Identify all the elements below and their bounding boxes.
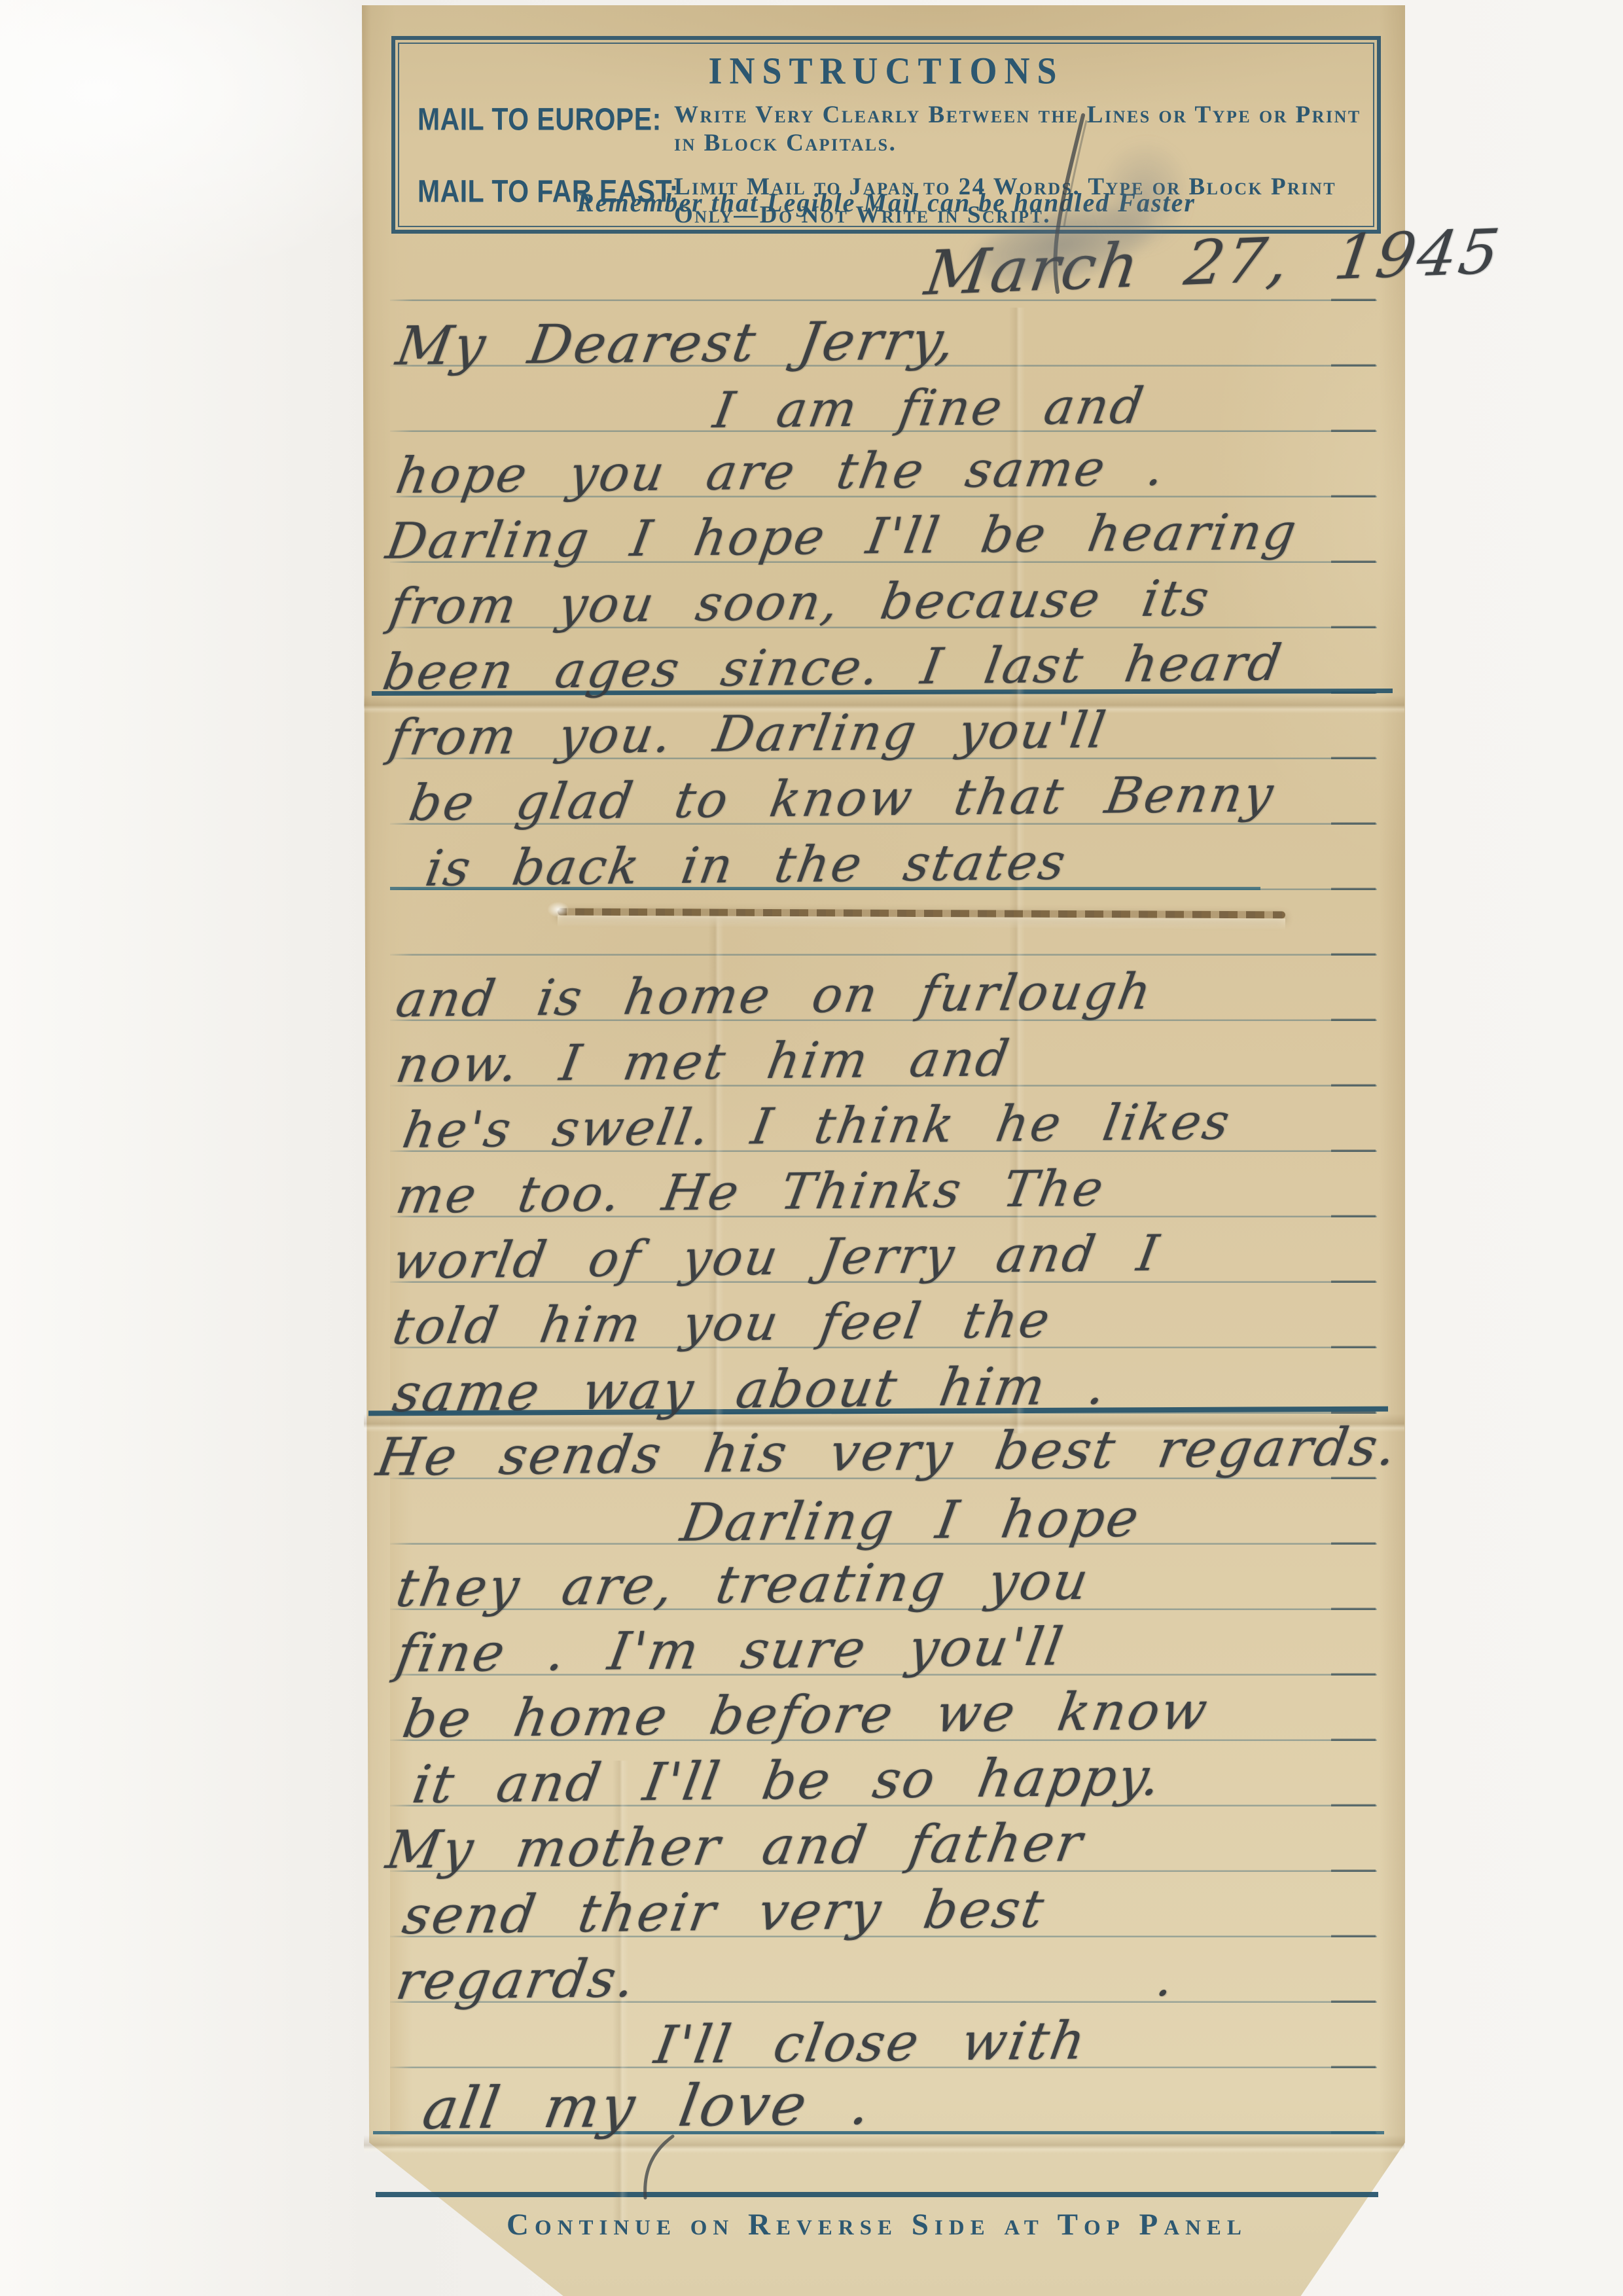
handwritten-line: regards. [393,1952,640,2007]
handwritten-line: hope you are the same . [393,443,1169,501]
closing-line: all my love . [419,2075,877,2138]
handwritten-line: fine . I'm sure you'll [393,1621,1068,1680]
handwritten-line: from you soon, because its [386,573,1214,632]
handwritten-line: it and I'll be so happy. [409,1751,1166,1811]
handwritten-line: Darling I hope [677,1492,1144,1549]
handwritten-line: He sends his very best regards. [373,1421,1402,1484]
handwritten-line: and is home on furlough [393,967,1156,1024]
handwritten-line: My mother and father [383,1817,1088,1876]
instruction-text-europe: Write Very Clearly Between the Lines or … [674,101,1364,158]
handwritten-line: send their very best [399,1883,1049,1942]
pen-stroke-mark [627,2131,686,2203]
handwritten-line: I'll close with [651,2015,1091,2072]
handwritten-line: from you. Darling you'll [386,706,1111,762]
handwritten-line: Darling I hope I'll be hearing [383,507,1302,566]
instructions-panel: INSTRUCTIONS MAIL TO EUROPE: Write Very … [391,36,1381,234]
panel-divider-line [376,2192,1378,2197]
handwritten-line: they are, treating you [393,1555,1094,1615]
handwritten-line: is back in the states [422,837,1071,893]
handwritten-line: me too. He Thinks The [393,1164,1109,1221]
continue-footer: Continue on Reverse Side at Top Panel [458,2207,1296,2242]
handwritten-line: same way about him . [389,1360,1111,1420]
handwritten-line: told him you feel the [389,1295,1055,1352]
handwritten-line: world of you Jerry and I [389,1229,1164,1286]
handwritten-line: been ages since. I last heard [380,638,1287,697]
handwritten-line: be home before we know [399,1685,1213,1746]
instructions-footnote: Remember that Legible Mail can be handle… [391,187,1381,218]
instruction-label-europe: MAIL TO EUROPE: [418,101,674,168]
handwritten-line: now. I met him and [393,1033,1014,1090]
instructions-title: INSTRUCTIONS [391,49,1381,93]
salutation-line: My Dearest Jerry, [393,314,961,374]
handwritten-line: he's swell. I think he likes [399,1097,1235,1155]
handwritten-line: I am fine and [710,381,1149,435]
ink-smudge [1086,131,1200,261]
handwritten-line: be glad to know that Benny [406,769,1278,828]
scanned-letter-page: INSTRUCTIONS MAIL TO EUROPE: Write Very … [0,0,1623,2296]
